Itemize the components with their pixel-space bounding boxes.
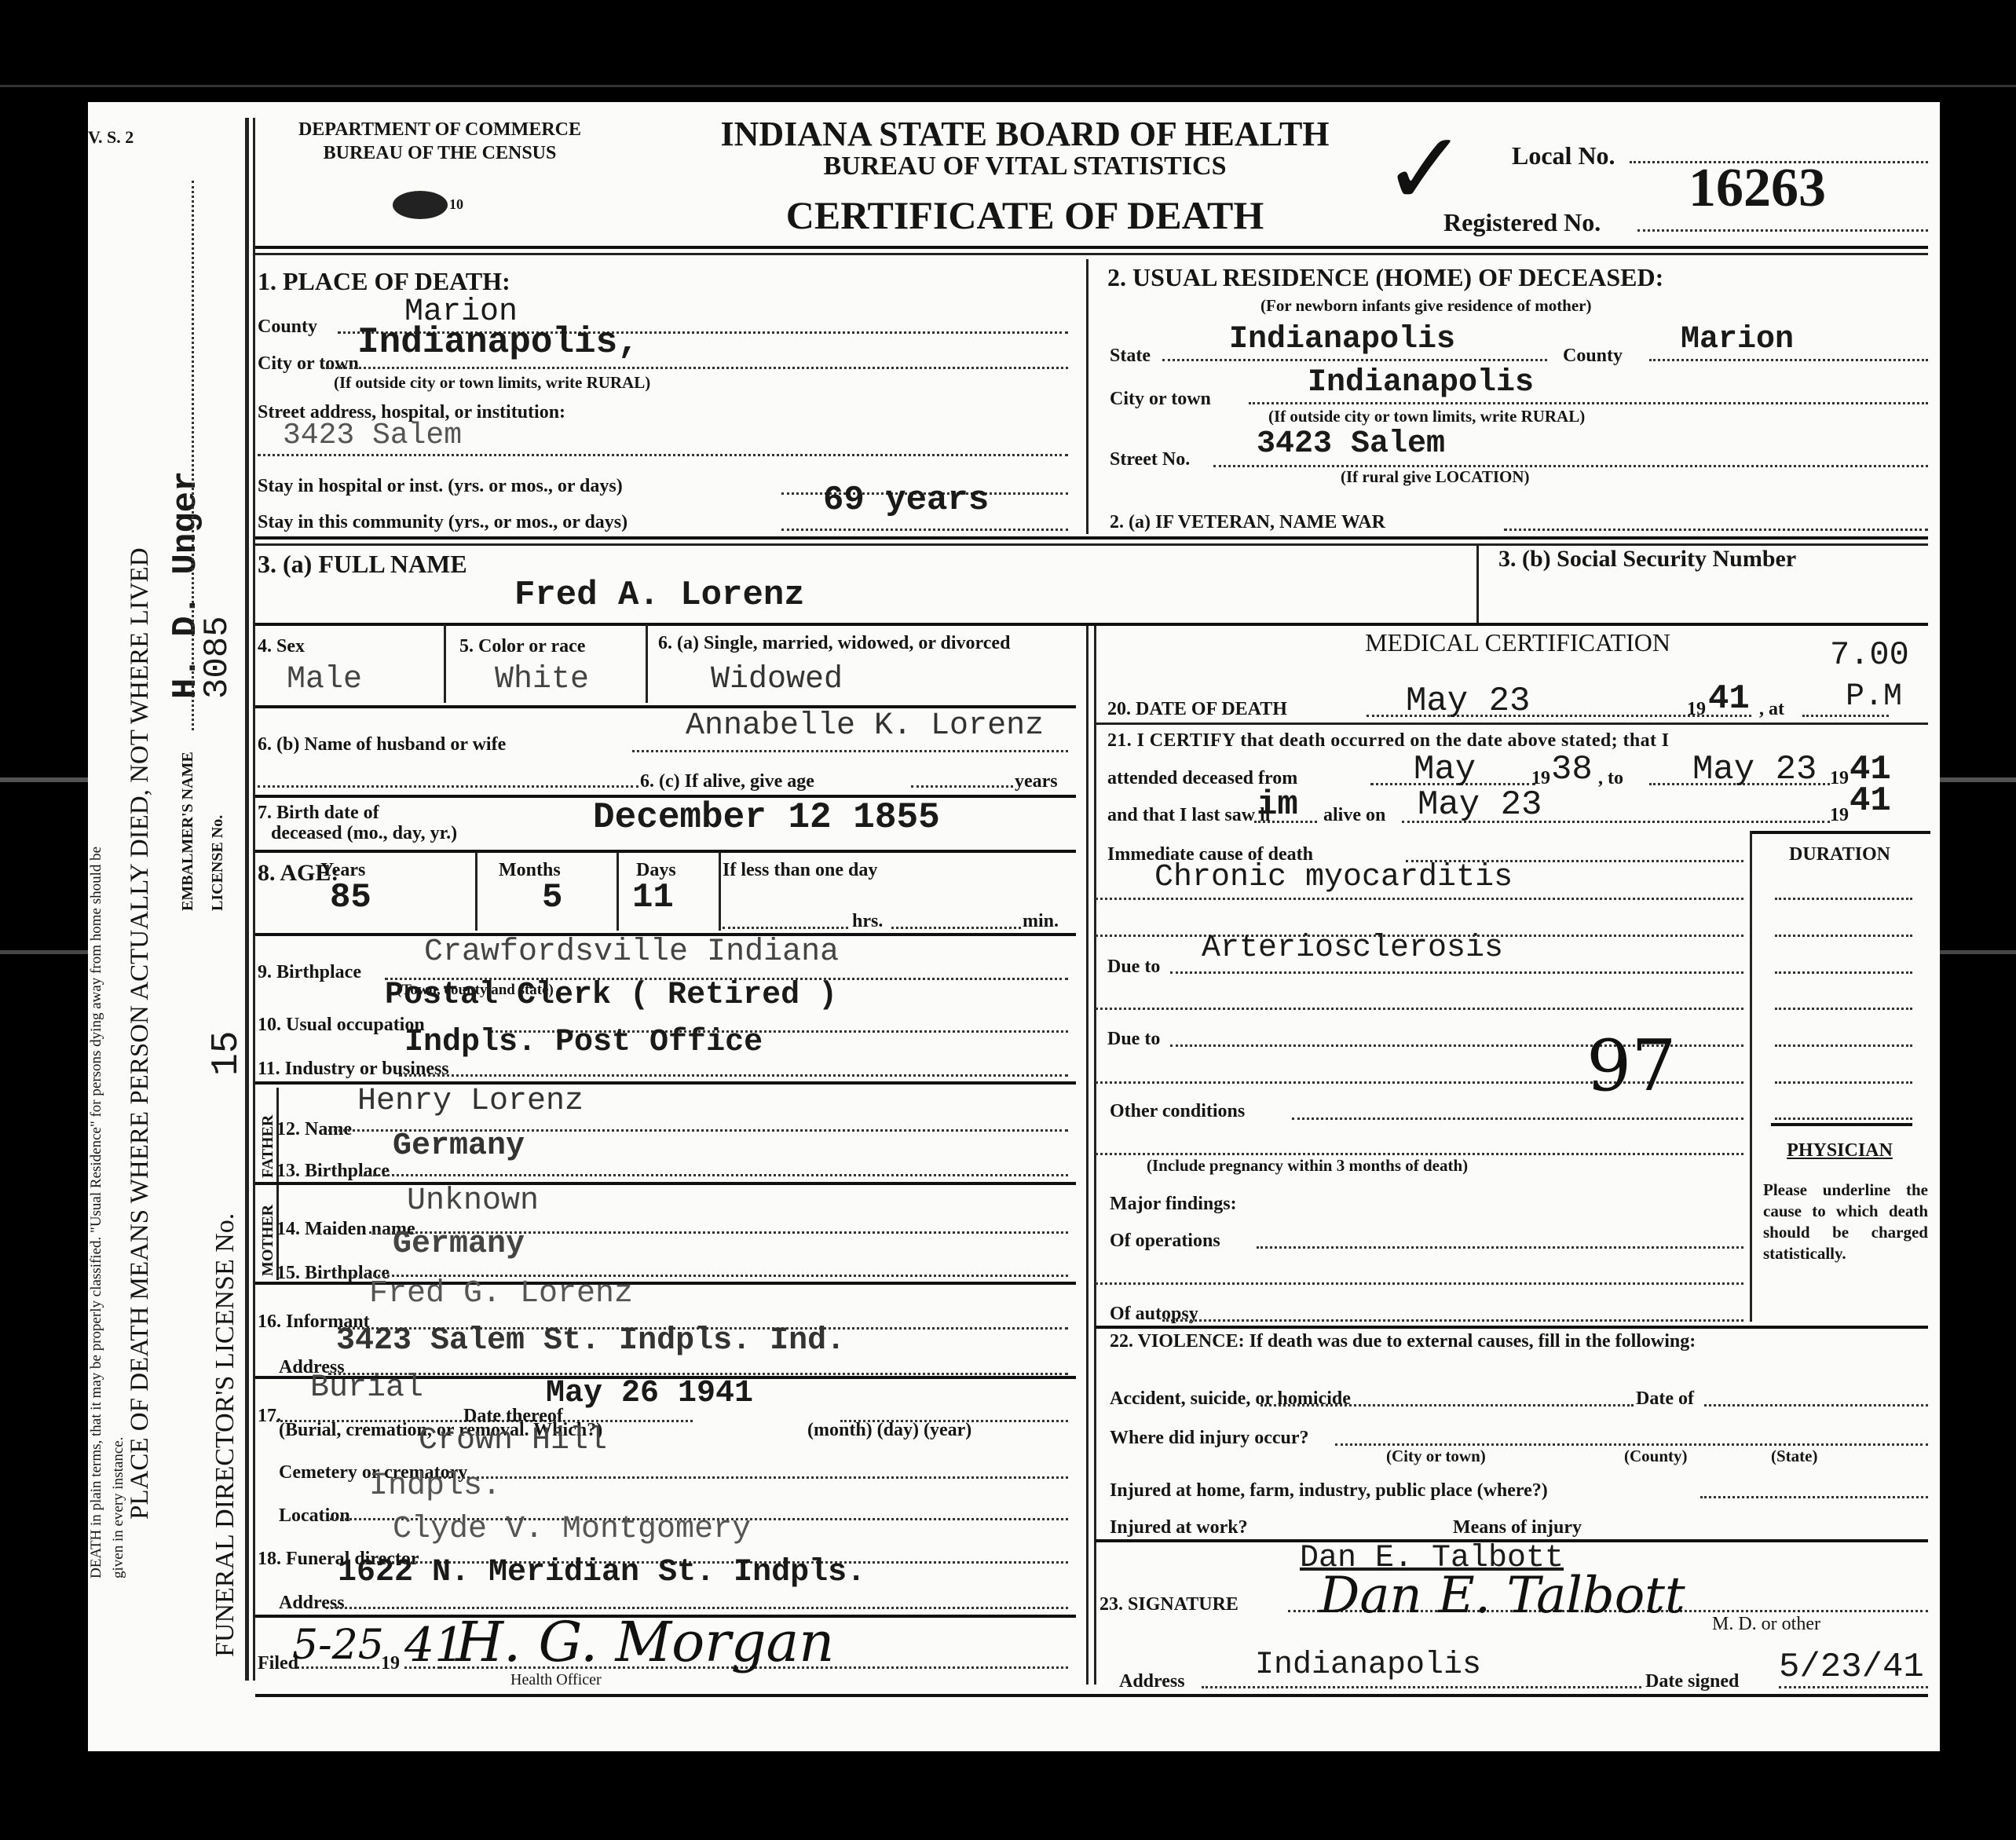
mother-tag: MOTHER <box>259 1205 277 1276</box>
injured-at-work-label: Injured at work? <box>1110 1517 1248 1538</box>
industry-line <box>399 1074 1068 1077</box>
duration-line <box>1775 935 1912 937</box>
less-than-day-label: If less than one day <box>723 860 877 881</box>
min-line <box>891 927 1021 929</box>
column-divider <box>1086 259 1088 534</box>
duration-line <box>1775 1118 1912 1120</box>
spouse-label: 6. (b) Name of husband or wife <box>258 734 506 755</box>
injury-place-label: Injured at home, farm, industry, public … <box>1110 1480 1548 1502</box>
certificate-title: CERTIFICATE OF DEATH <box>675 192 1374 238</box>
major-findings-label: Major findings: <box>1110 1194 1237 1215</box>
stay-community-line <box>781 529 1068 531</box>
operations-line-2 <box>1096 1282 1743 1285</box>
last-saw-pronoun-field: im <box>1257 785 1298 825</box>
last-saw-year-prefix: 19 <box>1830 805 1849 826</box>
date-of-death-label: 20. DATE OF DEATH <box>1107 699 1287 720</box>
local-no: 16263 <box>1689 157 1826 220</box>
time-of-death-field: P.M <box>1846 679 1902 715</box>
birthplace-label: 9. Birthplace <box>258 962 361 983</box>
funeral-director-field: Clyde V. Montgomery <box>393 1512 751 1547</box>
duration-line <box>1775 898 1912 900</box>
duration-bottom-rule <box>1771 1123 1912 1126</box>
residence-street-note: (If rural give LOCATION) <box>1341 467 1530 487</box>
spouse-age-label: 6. (c) If alive, give age <box>640 771 814 792</box>
city-label: City or town <box>258 353 359 375</box>
hrs-label: hrs. <box>852 911 883 932</box>
cemetery-line <box>416 1476 1068 1479</box>
filed-year-prefix: 19 <box>381 1653 400 1674</box>
funeral-director-license-no: 15 <box>206 1030 248 1076</box>
residence-city-field: Indianapolis <box>1308 365 1534 401</box>
margin-instruction-2: given in every instance. <box>110 1437 127 1578</box>
health-officer-signature: H. G. Morgan <box>456 1610 834 1674</box>
embalmer-license-no: 3085 <box>198 616 237 699</box>
autopsy-line <box>1162 1319 1743 1322</box>
attended-to-label: , to <box>1598 768 1623 789</box>
cell-divider <box>475 852 477 931</box>
injury-place-line <box>1700 1496 1928 1498</box>
residence-city-note: (If outside city or town limits, write R… <box>1268 407 1585 426</box>
form-code: V. S. 2 <box>88 127 134 148</box>
dept-line-2: BUREAU OF THE CENSUS <box>255 143 624 164</box>
time-line <box>1802 715 1889 717</box>
physician-title-note: M. D. or other <box>1712 1614 1820 1635</box>
stay-community-field: 69 years <box>823 481 989 520</box>
cell-divider <box>646 624 648 703</box>
date-signed-field: 5/23/41 <box>1779 1648 1924 1687</box>
county-label: County <box>258 316 317 338</box>
stay-community-label: Stay in this community (yrs., or mos., o… <box>258 512 627 533</box>
street-line <box>258 454 1068 456</box>
accident-line <box>1260 1404 1634 1407</box>
stay-hospital-label: Stay in hospital or inst. (yrs. or mos.,… <box>258 476 623 497</box>
cell-divider <box>617 852 619 931</box>
last-saw-date-field: May 23 <box>1418 785 1542 825</box>
time-at-label: , at <box>1759 699 1784 720</box>
funeral-director-address-field: 1622 N. Meridian St. Indpls. <box>338 1555 865 1590</box>
funeral-director-address-line <box>326 1607 1068 1609</box>
birth-date-field: December 12 1855 <box>593 797 940 838</box>
father-tag: FATHER <box>259 1115 277 1178</box>
years-label: years <box>1015 771 1058 792</box>
residence-heading: 2. USUAL RESIDENCE (HOME) OF DECEASED: <box>1107 263 1663 292</box>
medical-heading: MEDICAL CERTIFICATION <box>1096 628 1940 657</box>
informant-address-field: 3423 Salem St. Indpls. Ind. <box>336 1323 845 1359</box>
death-year-field: 41 <box>1708 679 1750 719</box>
physician-address-label: Address <box>1119 1671 1185 1692</box>
attended-from-field: May <box>1414 750 1476 789</box>
age-days-field: 11 <box>632 878 674 917</box>
header-rule <box>255 246 1928 249</box>
funeral-director-license-label: FUNERAL DIRECTOR'S LICENSE No. <box>210 1213 240 1657</box>
violence-heading: 22. VIOLENCE: If death was due to extern… <box>1110 1333 1895 1350</box>
occupation-field: Postal Clerk ( Retired ) <box>385 978 837 1013</box>
residence-county-line <box>1649 359 1928 361</box>
license-no-label: LICENSE No. <box>209 815 227 911</box>
margin-instruction-1: DEATH in plain terms, that it may be pro… <box>88 165 105 1578</box>
duration-box-top <box>1750 831 1930 834</box>
board-title: INDIANA STATE BOARD OF HEALTH <box>675 114 1374 154</box>
informant-address-line <box>328 1373 1068 1375</box>
mother-maiden-field: Unknown <box>407 1183 539 1219</box>
section-rule <box>255 623 1928 626</box>
race-field: White <box>495 662 589 697</box>
spouse-age-line <box>911 785 1013 788</box>
father-birthplace-field: Germany <box>393 1129 525 1164</box>
attended-to-year-prefix: 19 <box>1830 768 1849 789</box>
father-name-field: Henry Lorenz <box>357 1084 584 1119</box>
residence-note: (For newborn infants give residence of m… <box>1260 296 1592 316</box>
seal-number: 10 <box>449 196 463 213</box>
death-year-prefix: 19 <box>1687 699 1706 720</box>
bottom-rule <box>255 1694 1928 1697</box>
means-of-injury-label: Means of injury <box>1453 1517 1582 1538</box>
location-label: Location <box>279 1505 350 1527</box>
ssn-divider <box>1476 546 1479 624</box>
state-line <box>1162 359 1547 361</box>
duration-line <box>1775 1008 1912 1010</box>
fee-field: 7.00 <box>1830 636 1909 674</box>
date-of-death-field: May 23 <box>1406 682 1530 721</box>
veteran-line <box>1504 529 1928 531</box>
city-line <box>322 367 1068 369</box>
race-label: 5. Color or race <box>459 636 585 657</box>
birth-date-label-2: deceased (mo., day, yr.) <box>271 823 457 844</box>
violence-date-line <box>1704 1404 1928 1407</box>
birth-date-label-1: 7. Birth date of <box>258 803 379 824</box>
header-rule <box>255 253 1928 255</box>
city-note: (If outside city or town limits, write R… <box>334 373 650 393</box>
min-label: min. <box>1023 911 1059 932</box>
age-years-field: 85 <box>330 878 371 917</box>
veteran-label: 2. (a) IF VETERAN, NAME WAR <box>1110 512 1385 533</box>
cell-divider <box>444 624 446 703</box>
physician-address-field: Indianapolis <box>1255 1648 1481 1683</box>
due-to-1-line-2 <box>1096 1008 1743 1010</box>
hrs-line <box>723 927 848 929</box>
birthplace-field: Crawfordsville Indiana <box>424 935 839 970</box>
due-to-1-field: Arteriosclerosis <box>1202 931 1503 966</box>
registered-no-line <box>1637 229 1928 232</box>
residence-city-label: City or town <box>1110 389 1211 410</box>
disposition-number: 17. <box>258 1406 281 1427</box>
last-saw-label: and that I last saw h <box>1107 805 1270 826</box>
spouse-line <box>632 750 1068 752</box>
residence-state-field: Indianapolis <box>1229 322 1455 357</box>
filed-date-field: 5-25 <box>292 1622 384 1669</box>
residence-street-field: 3423 Salem <box>1257 426 1445 462</box>
occupation-label: 10. Usual occupation <box>258 1015 425 1036</box>
disposition-method-field: Burial <box>310 1370 423 1406</box>
last-saw-year-field: 41 <box>1850 781 1891 821</box>
embalmer-line <box>192 181 194 730</box>
residence-city-line <box>1249 402 1928 404</box>
sex-label: 4. Sex <box>258 636 305 657</box>
injury-where-line <box>1335 1443 1928 1446</box>
duration-line <box>1775 1081 1912 1084</box>
margin-divider <box>245 118 249 1681</box>
disposition-date-field: May 26 1941 <box>546 1376 753 1411</box>
embalmer-name-label: EMBALMER'S NAME <box>179 752 197 911</box>
due-to-1-label: Due to <box>1107 957 1160 978</box>
location-field: Indpls. <box>369 1469 501 1504</box>
due-to-2-label: Due to <box>1107 1029 1160 1050</box>
attended-from-year-field: 38 <box>1551 750 1593 789</box>
spouse-field: Annabelle K. Lorenz <box>686 708 1044 744</box>
mother-birthplace-field: Germany <box>393 1227 525 1262</box>
section-rule <box>255 536 1928 540</box>
age-months-field: 5 <box>542 878 562 917</box>
injury-county-note: (County) <box>1624 1447 1688 1466</box>
violence-date-label: Date of <box>1636 1388 1694 1410</box>
funeral-director-address-label: Address <box>279 1593 345 1614</box>
dept-line-1: DEPARTMENT OF COMMERCE <box>255 119 624 141</box>
medical-rule <box>1096 722 1928 725</box>
duration-line <box>1775 971 1912 974</box>
full-name-label: 3. (a) FULL NAME <box>258 550 467 579</box>
place-of-death-heading: 1. PLACE OF DEATH: <box>258 267 510 296</box>
death-street-field: 3423 Salem <box>283 419 462 452</box>
immediate-cause-field: Chronic myocarditis <box>1154 860 1513 895</box>
residence-state-label: State <box>1110 346 1151 367</box>
informant-name-field: Fred G. Lorenz <box>369 1276 633 1311</box>
death-city-field: Indianapolis, <box>357 322 639 363</box>
other-conditions-line <box>1292 1118 1743 1120</box>
seal-icon <box>393 191 448 219</box>
physician-heading: PHYSICIAN <box>1751 1140 1928 1161</box>
bureau-title: BUREAU OF VITAL STATISTICS <box>675 152 1374 181</box>
physician-address-line <box>1202 1686 1641 1688</box>
registered-no-label: Registered No. <box>1443 208 1601 237</box>
injury-state-note: (State) <box>1771 1447 1817 1466</box>
certify-text: 21. I CERTIFY that death occurred on the… <box>1107 730 1670 752</box>
duration-line <box>1775 1044 1912 1047</box>
physician-signature: Dan E. Talbott <box>1319 1567 1685 1625</box>
residence-county-label: County <box>1563 346 1623 367</box>
other-conditions-label: Other conditions <box>1110 1101 1245 1122</box>
section-rule <box>1096 1326 1928 1329</box>
father-birthplace-line <box>353 1174 1068 1176</box>
other-conditions-line-2 <box>1096 1153 1743 1155</box>
ssn-label: 3. (b) Social Security Number <box>1498 546 1796 572</box>
father-birthplace-label: 13. Birthplace <box>276 1161 390 1182</box>
injury-city-note: (City or town) <box>1386 1447 1486 1466</box>
disposition-date-note: (month) (day) (year) <box>807 1420 971 1441</box>
marital-field: Widowed <box>711 662 843 697</box>
section-rule <box>255 850 1076 853</box>
residence-street-label: Street No. <box>1110 449 1190 470</box>
alive-on-label: alive on <box>1323 805 1385 826</box>
immediate-cause-line-2 <box>1096 898 1743 900</box>
cemetery-field: Crown Hill <box>419 1423 607 1458</box>
cell-divider <box>719 852 721 931</box>
place-of-death-notice: PLACE OF DEATH MEANS WHERE PERSON ACTUAL… <box>126 547 155 1520</box>
check-mark-icon: ✓ <box>1382 118 1468 220</box>
due-to-1-line <box>1170 971 1743 974</box>
duration-heading: DURATION <box>1751 844 1928 865</box>
operations-line <box>1257 1246 1743 1249</box>
date-signed-label: Date signed <box>1645 1671 1739 1692</box>
health-officer-label: Health Officer <box>510 1671 602 1689</box>
industry-field: Indpls. Post Office <box>404 1025 763 1060</box>
residence-county-field: Marion <box>1681 322 1794 357</box>
local-no-label: Local No. <box>1512 141 1615 170</box>
physician-note: Please underline the cause to which deat… <box>1763 1180 1928 1264</box>
full-name-field: Fred A. Lorenz <box>514 576 805 615</box>
column-divider <box>1086 624 1088 1685</box>
sex-field: Male <box>287 662 362 697</box>
residence-street-line <box>1213 465 1928 467</box>
operations-label: Of operations <box>1110 1231 1220 1252</box>
pregnancy-note: (Include pregnancy within 3 months of de… <box>1147 1156 1468 1176</box>
attended-to-field: May 23 <box>1692 750 1817 789</box>
signature-label: 23. SIGNATURE <box>1099 1594 1239 1615</box>
marital-label: 6. (a) Single, married, widowed, or divo… <box>658 635 1067 652</box>
injury-where-label: Where did injury occur? <box>1110 1428 1309 1449</box>
scan-artifact <box>0 85 2016 87</box>
margin-divider <box>253 118 255 1681</box>
duration-box-divider <box>1750 831 1752 1322</box>
section-rule <box>255 1182 1076 1185</box>
statistical-code-mark: 97 <box>1586 1025 1677 1107</box>
spouse-line-2 <box>258 785 638 788</box>
